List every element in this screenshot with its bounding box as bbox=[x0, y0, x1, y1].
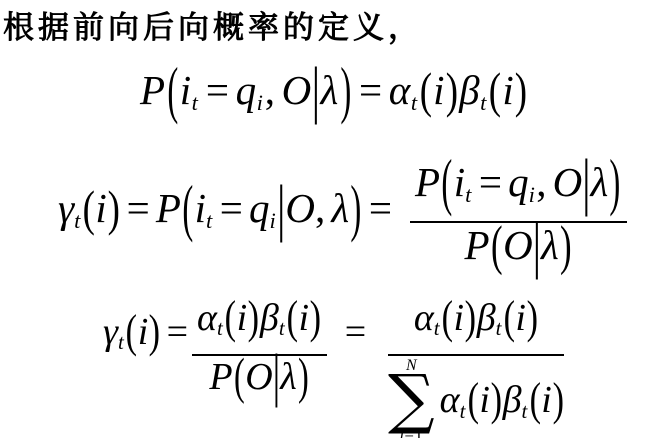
var-i: i bbox=[180, 67, 192, 113]
paren-open-big: ( bbox=[234, 351, 245, 402]
paren-open: ( bbox=[529, 377, 540, 423]
var-beta: β bbox=[260, 297, 279, 339]
var-lambda: λ bbox=[590, 159, 608, 205]
comma: , bbox=[536, 159, 546, 205]
var-q: q bbox=[236, 67, 257, 113]
formula-3-fraction-1: αt(i)βt(i) P(O|λ) bbox=[192, 299, 327, 396]
var-gamma: γ bbox=[103, 311, 118, 353]
var-i: i bbox=[454, 297, 465, 339]
paren-open: ( bbox=[467, 377, 478, 423]
summation: N ∑ i=1 bbox=[388, 358, 435, 438]
var-i: i bbox=[515, 297, 526, 339]
equals-sign: = bbox=[359, 67, 383, 113]
equals-sign: = bbox=[479, 159, 502, 205]
formula-2-fraction: P(it=qi,O|λ) P(O|λ) bbox=[410, 162, 627, 266]
formula-3-left: γt(i)= bbox=[103, 313, 194, 353]
pipe-bar: | bbox=[273, 347, 281, 406]
subscript-t: t bbox=[206, 208, 212, 233]
subscript-t: t bbox=[522, 399, 528, 423]
var-P: P bbox=[156, 185, 181, 231]
paren-open: ( bbox=[225, 295, 236, 341]
comma: , bbox=[315, 185, 325, 231]
var-P: P bbox=[209, 356, 232, 398]
var-O: O bbox=[285, 185, 315, 231]
var-alpha: α bbox=[414, 297, 434, 339]
var-gamma: γ bbox=[58, 185, 74, 231]
var-q: q bbox=[249, 185, 270, 231]
heading-chinese: 根据前向后向概率的定义， bbox=[3, 2, 423, 47]
var-i: i bbox=[541, 379, 552, 421]
subscript-t: t bbox=[460, 399, 466, 423]
pipe-bar: | bbox=[533, 214, 541, 278]
var-alpha: α bbox=[197, 297, 217, 339]
var-i: i bbox=[95, 185, 106, 231]
var-beta: β bbox=[477, 297, 496, 339]
fraction-numerator: P(it=qi,O|λ) bbox=[410, 162, 627, 221]
comma: , bbox=[265, 67, 276, 113]
paren-open: ( bbox=[82, 183, 94, 233]
subscript-t: t bbox=[279, 316, 285, 340]
paren-close: ) bbox=[552, 377, 563, 423]
var-i: i bbox=[479, 379, 490, 421]
paren-open-big: ( bbox=[167, 58, 178, 122]
pipe-bar: | bbox=[277, 176, 285, 240]
equals-sign: = bbox=[369, 185, 392, 231]
paren-close: ) bbox=[108, 183, 120, 233]
paren-close: ) bbox=[310, 295, 321, 341]
paren-close: ) bbox=[491, 377, 502, 423]
var-lambda: λ bbox=[331, 185, 349, 231]
subscript-t: t bbox=[217, 316, 223, 340]
var-alpha: α bbox=[440, 379, 460, 421]
paren-close-big: ) bbox=[340, 58, 351, 122]
equals-sign: = bbox=[404, 425, 413, 438]
equals-sign: = bbox=[220, 185, 243, 231]
var-i: i bbox=[237, 297, 248, 339]
paren-open: ( bbox=[503, 295, 514, 341]
paren-close-big: ) bbox=[610, 150, 621, 214]
subscript-t: t bbox=[118, 330, 124, 354]
var-i: i bbox=[138, 311, 149, 353]
paren-close: ) bbox=[446, 65, 459, 115]
number-one: 1 bbox=[415, 425, 423, 438]
paren-open: ( bbox=[420, 65, 433, 115]
formula-1: P(it=qi,O|λ)=αt(i)βt(i) bbox=[140, 70, 528, 114]
formula-2-left: γt(i)=P(it=qi|O,λ)= bbox=[58, 188, 398, 232]
equals-sign: = bbox=[127, 185, 150, 231]
var-P: P bbox=[415, 159, 440, 205]
paren-open: ( bbox=[441, 295, 452, 341]
paren-open: ( bbox=[489, 65, 502, 115]
formula-3-fraction-2: αt(i)βt(i) N ∑ i=1 αt(i)βt(i) bbox=[388, 299, 564, 438]
var-lambda: λ bbox=[541, 222, 559, 268]
paren-close: ) bbox=[515, 65, 528, 115]
var-P: P bbox=[464, 222, 489, 268]
var-O: O bbox=[503, 222, 533, 268]
paren-close: ) bbox=[149, 309, 160, 355]
fraction-denominator: N ∑ i=1 αt(i)βt(i) bbox=[388, 354, 564, 438]
subscript-t: t bbox=[465, 182, 471, 207]
var-i: i bbox=[195, 185, 206, 231]
subscript-t: t bbox=[192, 90, 199, 115]
subscript-t: t bbox=[480, 90, 487, 115]
subscript-t: t bbox=[74, 208, 80, 233]
var-i: i bbox=[454, 159, 465, 205]
paren-close: ) bbox=[527, 295, 538, 341]
fraction-numerator: αt(i)βt(i) bbox=[388, 299, 564, 354]
paren-open-big: ( bbox=[491, 218, 503, 273]
formula-3-equals: = bbox=[344, 313, 367, 351]
paren-close: ) bbox=[248, 295, 259, 341]
pipe-bar: | bbox=[582, 150, 590, 214]
fraction-denominator: P(O|λ) bbox=[192, 354, 327, 396]
var-i: i bbox=[299, 297, 310, 339]
slide-canvas: 根据前向后向概率的定义， P(it=qi,O|λ)=αt(i)βt(i) γt(… bbox=[0, 0, 672, 438]
subscript-t: t bbox=[434, 316, 440, 340]
subscript-i: i bbox=[270, 208, 276, 233]
sum-body: αt(i)βt(i) bbox=[440, 381, 565, 421]
fraction-denominator: P(O|λ) bbox=[410, 221, 627, 266]
var-alpha: α bbox=[389, 67, 411, 113]
var-beta: β bbox=[503, 379, 522, 421]
pipe-bar: | bbox=[312, 58, 321, 122]
subscript-t: t bbox=[496, 316, 502, 340]
var-O: O bbox=[245, 356, 272, 398]
var-lambda: λ bbox=[320, 67, 338, 113]
var-O: O bbox=[282, 67, 312, 113]
paren-open: ( bbox=[287, 295, 298, 341]
subscript-i: i bbox=[529, 182, 535, 207]
paren-close-big: ) bbox=[560, 218, 572, 273]
paren-close-big: ) bbox=[350, 176, 361, 240]
var-i: i bbox=[433, 67, 445, 113]
paren-open-big: ( bbox=[182, 176, 193, 240]
paren-close: ) bbox=[465, 295, 476, 341]
sum-operator: ∑ bbox=[388, 374, 435, 425]
var-P: P bbox=[140, 67, 166, 113]
var-i: i bbox=[502, 67, 514, 113]
equals-sign: = bbox=[167, 311, 188, 353]
equals-sign: = bbox=[206, 67, 230, 113]
subscript-t: t bbox=[411, 90, 418, 115]
var-beta: β bbox=[459, 67, 480, 113]
var-q: q bbox=[508, 159, 529, 205]
paren-close-big: ) bbox=[298, 351, 309, 402]
equals-sign: = bbox=[345, 311, 366, 353]
var-lambda: λ bbox=[280, 356, 296, 398]
subscript-i: i bbox=[257, 90, 264, 115]
fraction-numerator: αt(i)βt(i) bbox=[192, 299, 327, 354]
var-O: O bbox=[553, 159, 583, 205]
paren-open-big: ( bbox=[441, 150, 452, 214]
sum-lower-limit: i=1 bbox=[399, 425, 423, 438]
paren-open: ( bbox=[126, 309, 137, 355]
